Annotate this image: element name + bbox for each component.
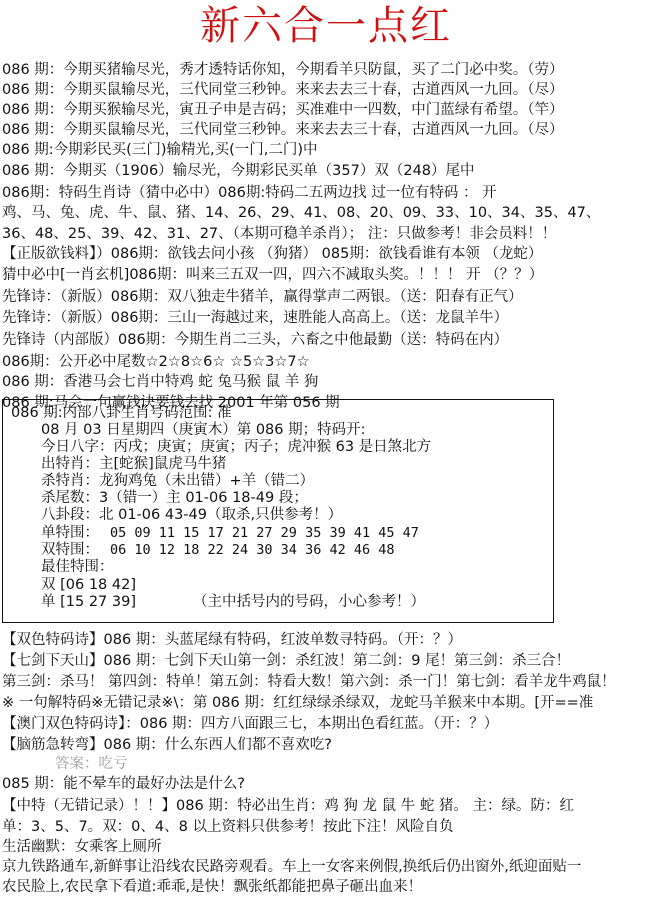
box-shuang-te-wei-label: 双特围： [41,541,99,559]
text-line: 086 期：今期买猴输尽光，寅丑子申是吉码；买准难中一四数，中门蓝绿有希望。（竿… [2,100,564,120]
text-line: 086 期：今期买鼠输尽光，三代同堂三秒钟。来来去去三十春，古道西风一九回。（尽… [2,80,564,100]
text-line: 086 期：今期买（1906）输尽光，今期彩民买单（357）双（248）尾中 [2,161,475,181]
box-dan-te-wei: 05 09 11 15 17 21 27 29 35 39 41 45 47 [110,524,419,542]
text-line: 京九铁路通车,新鲜事让沿线农民路旁观看。车上一女客来例假,换纸后仍出窗外,纸迎面… [2,857,581,877]
text-line: 第三剑：杀马！ 第四剑：特单！第五剑：特看大数！第六剑：杀一门！第七剑：看羊龙牛… [2,672,616,692]
box-header: 086 期:内部八卦生肖号码范围: 准 [11,404,232,422]
text-line: 【七剑下天山】086 期：七剑下天山第一剑：杀红波！第二剑：9 尾！第三剑：杀三… [2,651,570,671]
box-sha-te-xiao: 杀特肖：龙狗鸡兔（未出错）+羊（错二） [41,472,314,490]
box-bagua-duan: 八卦段：北 01-06 43-49（取杀,只供参考！） [41,506,342,524]
text-line: 生活幽默：女乘客上厕所 [2,837,162,857]
box-date-line: 08 月 03 日星期四（庚寅木）第 086 期；特码开: [41,421,366,439]
box-sha-wei-shu: 杀尾数：3（错一）主 01-06 18-49 段； [41,489,308,507]
text-line: 085 期：能不晕车的最好办法是什么? [2,774,245,794]
text-line: 36、48、25、39、42、31、27、（本期可稳羊杀肖）； 注：只做参考！非… [2,224,556,244]
text-line: 农民脸上,农民拿下看道:乖乖,是快！飘张纸都能把鼻子砸出血来！ [2,877,422,897]
text-line: 086 期：香港马会七肖中特鸡 蛇 兔马猴 鼠 羊 狗 [2,372,318,392]
box-chu-te-xiao: 出特肖：主[蛇猴]鼠虎马牛猪 [41,455,226,473]
text-line: 单：3、5、7。双：0、4、8 以上资料只供参考！按此下注！风险自负 [2,817,453,837]
box-bazi: 今日八字：丙戌；庚寅；庚寅；丙子；虎冲猴 63 是日煞北方 [41,438,431,456]
text-line: 鸡、马、兔、虎、牛、鼠、猪、14、26、29、41、08、20、09、33、10… [2,203,600,223]
text-line: 【正版欲钱料】）086期：欲钱去问小孩 （狗猪） 085期：欲钱看谁有本领 （龙… [2,244,542,264]
text-line: 086期：特码生肖诗（猜中必中）086期:特码二五两边找 过一位有特码 ： 开 [2,183,497,203]
box-best-shuang: 双 [06 18 42] [41,576,136,594]
text-line: ※ 一句解特码※无错记录※\：第 086 期：红红绿绿杀绿双，龙蛇马羊猴来中本期… [2,693,593,713]
box-dan-te-wei-label: 单特围： [41,524,99,542]
box-best-label: 最佳特围： [41,558,114,576]
text-line: 【双色特码诗】086 期：头蓝尾绿有特码，红波单数寻特码。（开：？） [2,630,462,650]
box-best-dan: 单 [15 27 39] [41,593,136,611]
answer-line: 答案：吃亏 [55,754,128,774]
text-line: 【脑筋急转弯】086 期：什么东西人们都不喜欢吃? [2,735,332,755]
text-line: 086期：公开必中尾数☆2☆8☆6☆ ☆5☆3☆7☆ [2,352,310,372]
page-title: 新六合一点红 [0,2,652,50]
text-line: 【中特（无错记录）！！】086 期：特必出生肖：鸡 狗 龙 鼠 牛 蛇 猪。 主… [2,796,574,816]
box-shuang-te-wei: 06 10 12 18 22 24 30 34 36 42 46 48 [110,541,394,559]
bagua-info-box: 086 期:内部八卦生肖号码范围: 准 08 月 03 日星期四（庚寅木）第 0… [2,399,554,623]
text-line: 猜中必中[一肖玄机]086期：叫来三五双一四，四六不减取头奖。！！！ 开 （？？… [2,265,543,285]
text-line: 【澳门双色特码诗】：086 期：四方八面跟三七，本期出色看红蓝。（开：？） [2,714,498,734]
text-line: 先锋诗（内部版）086期：今期生肖二三头，六畜之中他最勤（送：特码在内） [2,330,508,350]
text-line: 先锋诗：（新版）086期：三山一海越过来，速胜能人高高上。（送：龙鼠羊牛） [2,308,508,328]
text-line: 先锋诗：（新版）086期：双八独走牛猪羊，赢得掌声二两银。（送：阳春有正气） [2,287,523,307]
box-note: （主中括号内的号码，小心参考！） [193,593,425,611]
text-line: 086 期：今期买猪输尽光，秀才透特话你知，今期看羊只防鼠，买了二门必中奖。（劳… [2,60,564,80]
text-line: 086 期:今期彩民买(三门)输精光,买(一门,二门)中 [2,140,318,160]
text-line: 086 期：今期买鼠输尽光，三代同堂三秒钟。来来去去三十春，古道西风一九回。（尽… [2,120,564,140]
